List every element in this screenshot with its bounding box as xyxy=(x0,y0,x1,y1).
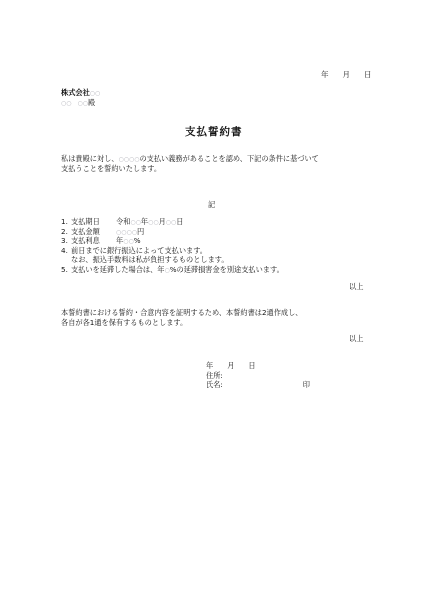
list-item: 5.支払いを延滞した場合は、年○%の延滞損害金を別途支払います。 xyxy=(61,265,284,275)
list-item: 1.支払期日令和○○年○○月○○日 xyxy=(61,217,284,227)
recipient-name: ○○○○殿 xyxy=(61,98,95,109)
ki-heading: 記 xyxy=(208,200,215,210)
terms-list: 1.支払期日令和○○年○○月○○日 2.支払金額○○○○円 3.支払利息年○○%… xyxy=(61,217,284,274)
name-label: 氏名: xyxy=(206,380,223,389)
date-day: 日 xyxy=(364,70,372,79)
seal-mark: 印 xyxy=(303,380,310,389)
date-header: 年月日 xyxy=(321,70,372,80)
list-item: 4.前日までに銀行振込によって支払います。 xyxy=(61,246,284,256)
intro-paragraph: 私は貴殿に対し、○○○○の支払い義務があることを認め、下記の条件に基づいて 支払… xyxy=(61,154,319,173)
list-item: 2.支払金額○○○○円 xyxy=(61,227,284,237)
ijou-1: 以上 xyxy=(349,282,363,292)
recipient-company: 株式会社○○ xyxy=(61,88,100,99)
address-label: 住所: xyxy=(206,371,310,381)
date-year: 年 xyxy=(321,70,329,79)
list-item-continuation: なお、振込手数料は私が負担するものとします。 xyxy=(61,255,284,265)
placeholder: ○○ xyxy=(90,90,100,97)
page-title: 支払誓約書 xyxy=(185,124,243,139)
ijou-2: 以上 xyxy=(349,334,363,344)
closing-paragraph: 本誓約書における誓約・合意内容を証明するため、本誓約書は2通作成し、 各自が各1… xyxy=(61,308,302,327)
signature-block: 年月日 住所: 氏名:印 xyxy=(206,361,310,390)
list-item: 3.支払利息年○○% xyxy=(61,236,284,246)
date-month: 月 xyxy=(343,70,351,79)
